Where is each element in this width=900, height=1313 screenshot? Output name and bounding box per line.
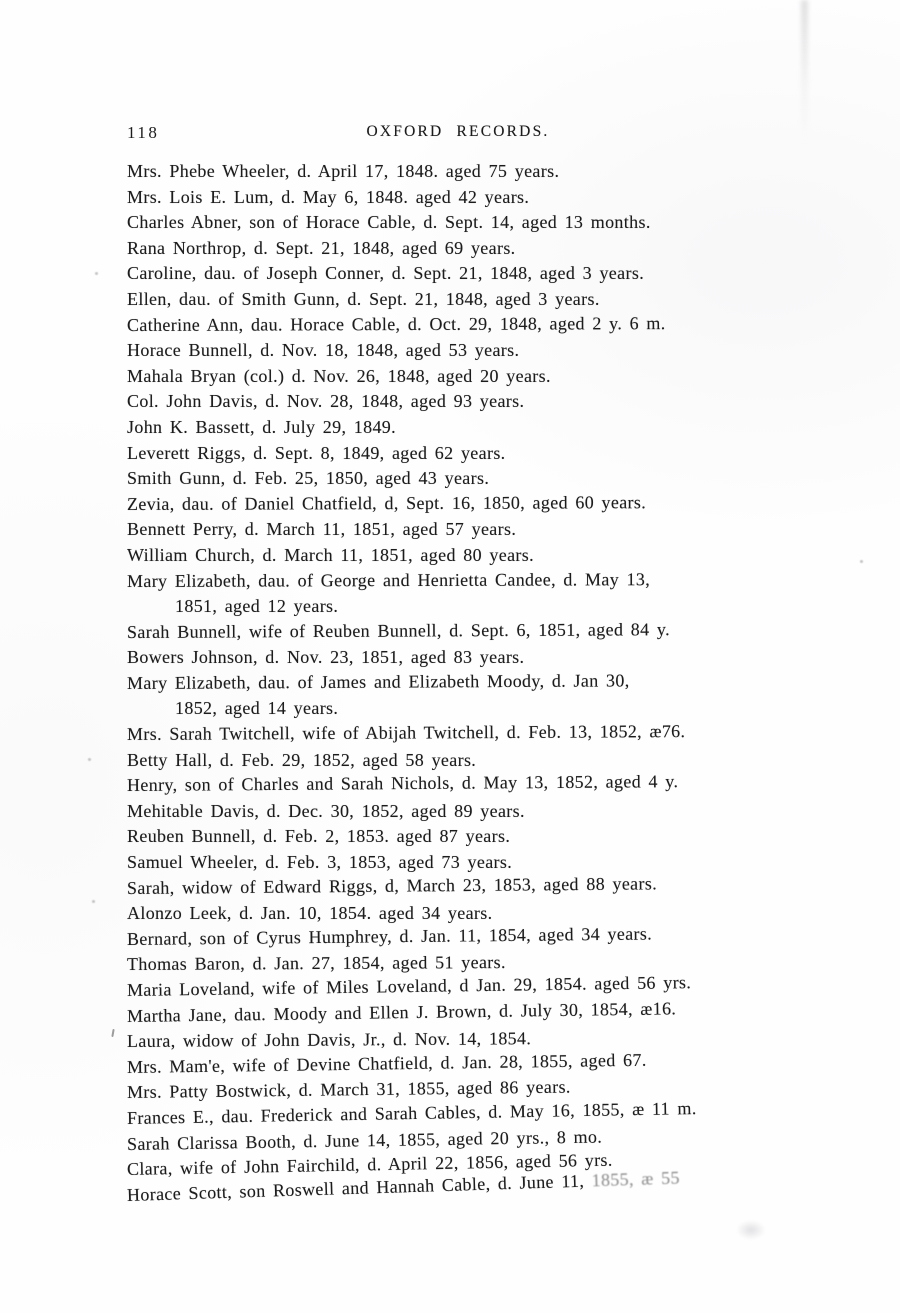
record-line: Mrs. Phebe Wheeler, d. April 17, 1848. a… <box>127 159 892 185</box>
record-line: Mary Elizabeth, dau. of James and Elizab… <box>127 667 892 697</box>
record-line: Catherine Ann, dau. Horace Cable, d. Oct… <box>127 310 892 338</box>
record-line: Henry, son of Charles and Sarah Nichols,… <box>127 768 892 799</box>
record-line: Leverett Riggs, d. Sept. 8, 1849, aged 6… <box>127 441 892 467</box>
record-line: Mary Elizabeth, dau. of George and Henri… <box>127 566 892 594</box>
record-line: Horace Bunnell, d. Nov. 18, 1848, aged 5… <box>127 338 892 364</box>
scan-speck-artifact <box>88 758 91 761</box>
running-title: OXFORD RECORDS. <box>8 123 900 141</box>
record-line: Mehitable Davis, d. Dec. 30, 1852, aged … <box>127 799 892 825</box>
record-line: Reuben Bunnell, d. Feb. 2, 1853. aged 87… <box>127 824 892 850</box>
record-line: William Church, d. March 11, 1851, aged … <box>127 543 892 569</box>
page-header: 118 OXFORD RECORDS. <box>0 121 900 147</box>
record-line: Sarah Bunnell, wife of Reuben Bunnell, d… <box>127 616 892 646</box>
record-line: Charles Abner, son of Horace Cable, d. S… <box>127 210 892 236</box>
scan-speck-artifact <box>95 272 98 275</box>
scan-smudge-artifact <box>736 1220 766 1240</box>
record-line: Mrs. Lois E. Lum, d. May 6, 1848. aged 4… <box>127 185 892 211</box>
record-line: Col. John Davis, d. Nov. 28, 1848, aged … <box>127 389 892 415</box>
record-line: Ellen, dau. of Smith Gunn, d. Sept. 21, … <box>127 287 892 313</box>
record-line: Rana Northrop, d. Sept. 21, 1848, aged 6… <box>127 236 892 262</box>
scan-streak-artifact <box>801 0 808 145</box>
record-line: Caroline, dau. of Joseph Conner, d. Sept… <box>127 261 892 287</box>
scanned-book-page: 118 OXFORD RECORDS. Mrs. Phebe Wheeler, … <box>0 0 900 1313</box>
scan-speck-artifact <box>860 560 863 563</box>
records-list: Mrs. Phebe Wheeler, d. April 17, 1848. a… <box>127 159 892 1208</box>
margin-mark-artifact <box>111 1029 114 1037</box>
record-line: Zevia, dau. of Daniel Chatfield, d, Sept… <box>127 489 892 517</box>
record-line: John K. Bassett, d. July 29, 1849. <box>127 415 892 441</box>
record-line: Smith Gunn, d. Feb. 25, 1850, aged 43 ye… <box>127 466 892 492</box>
scan-speck-artifact <box>92 900 95 903</box>
faded-text: 1855, æ 55 <box>591 1167 680 1190</box>
record-line: Bennett Perry, d. March 11, 1851, aged 5… <box>127 517 892 543</box>
record-line: Mahala Bryan (col.) d. Nov. 26, 1848, ag… <box>127 364 892 390</box>
record-line: Mrs. Sarah Twitchell, wife of Abijah Twi… <box>127 718 892 748</box>
